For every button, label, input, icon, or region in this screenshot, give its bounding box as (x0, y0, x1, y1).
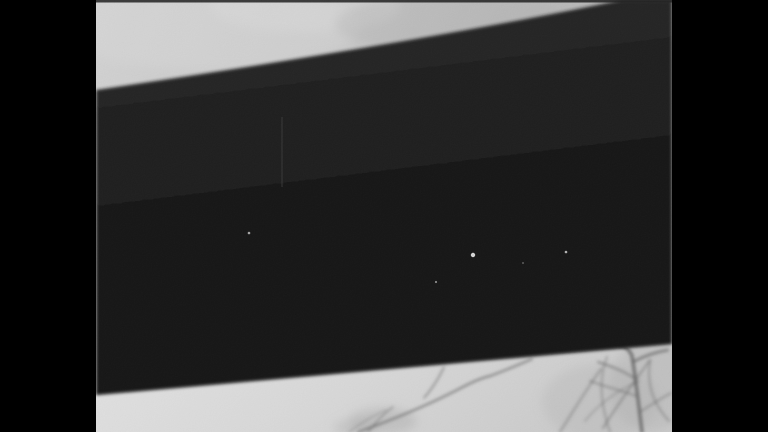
letterbox-right (672, 0, 768, 432)
film-grain-overlay (96, 0, 672, 432)
film-frame (0, 0, 768, 432)
letterbox-left (0, 0, 96, 432)
film-still: Black-and-white archival film frame: a l… (0, 0, 768, 432)
